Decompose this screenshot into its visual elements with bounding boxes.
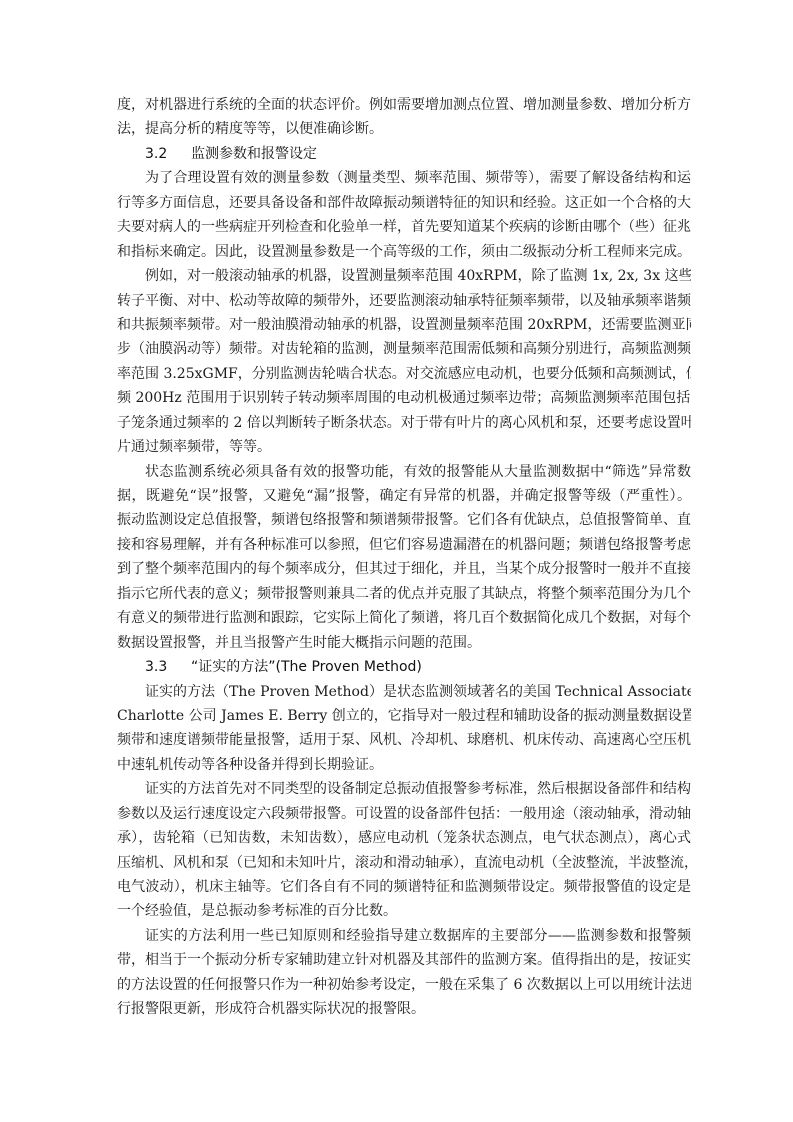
text-line: 夫要对病人的一些病症开列检查和化验单一样，首先要知道某个疾病的诊断由哪个（些）征… [117,215,691,239]
section-title: “证实的方法”(The Proven Method) [191,659,422,675]
text-line: 度，对机器进行系统的全面的状态评价。例如需要增加测点位置、增加测量参数、增加分析… [117,93,691,117]
text-line: 片通过频率频带，等等。 [117,435,691,459]
text-line: 频带和速度谱频带能量报警，适用于泵、风机、冷却机、球磨机、机床传动、高速离心空压… [117,728,691,752]
text-line: 率范围 3.25xGMF，分别监测齿轮啮合状态。对交流感应电动机，也要分低频和高… [117,362,691,386]
section-heading-3-2: 3.2监测参数和报警设定 [117,142,691,166]
text-line: 振动监测设定总值报警，频谱包络报警和频谱频带报警。它们各有优缺点，总值报警简单、… [117,508,691,532]
document-page: 度，对机器进行系统的全面的状态评价。例如需要增加测点位置、增加测量参数、增加分析… [0,0,793,1122]
document-body: 度，对机器进行系统的全面的状态评价。例如需要增加测点位置、增加测量参数、增加分析… [117,93,691,1022]
text-line: 接和容易理解，并有各种标准可以参照，但它们容易遗漏潜在的机器问题；频谱包络报警考… [117,533,691,557]
text-line: 有意义的频带进行监测和跟踪，它实际上简化了频谱，将几百个数据简化成几个数据，对每… [117,606,691,630]
paragraph-measurement-params: 为了合理设置有效的测量参数（测量类型、频率范围、频带等），需要了解设备结构和运 … [117,166,691,264]
text-line: 电气波动），机床主轴等。它们各自有不同的频谱特征和监测频带设定。频带报警值的设定… [117,875,691,899]
text-line: 参数以及运行速度设定六段频带报警。可设置的设备部件包括：一般用途（滚动轴承，滑动… [117,802,691,826]
text-line: 和共振频率频带。对一般油膜滑动轴承的机器，设置测量频率范围 20xRPM，还需要… [117,313,691,337]
text-line: 一个经验值，是总振动参考标准的百分比数。 [117,899,691,923]
text-line: 和指标来确定。因此，设置测量参数是一个高等级的工作，须由二级振动分析工程师来完成… [117,240,691,264]
text-line: Charlotte 公司 James E. Berry 创立的，它指导对一般过程… [117,704,691,728]
text-line: 的方法设置的任何报警只作为一种初始参考设定，一般在采集了 6 次数据以上可以用统… [117,973,691,997]
text-line: 法，提高分析的精度等等，以便准确诊断。 [117,117,691,141]
text-line: 指示它所代表的意义；频带报警则兼具二者的优点并克服了其缺点，将整个频率范围分为几… [117,582,691,606]
paragraph-alarm-function: 状态监测系统必须具备有效的报警功能，有效的报警能从大量监测数据中“筛选”异常数 … [117,460,691,656]
text-line: 承），齿轮箱（已知齿数，未知齿数），感应电动机（笼条状态测点，电气状态测点），离… [117,826,691,850]
text-line: 行等多方面信息，还要具备设备和部件故障振动频谱特征的知识和经验。这正如一个合格的… [117,191,691,215]
text-line: 数据设置报警，并且当报警产生时能大概指示问题的范围。 [117,631,691,655]
text-line: 证实的方法首先对不同类型的设备制定总振动值报警参考标准，然后根据设备部件和结构 [117,777,691,801]
text-line: 步（油膜涡动等）频带。对齿轮箱的监测，测量频率范围需低频和高频分别进行，高频监测… [117,337,691,361]
text-line: 证实的方法利用一些已知原则和经验指导建立数据库的主要部分——监测参数和报警频 [117,924,691,948]
text-line: 压缩机、风机和泵（已知和未知叶片，滚动和滑动轴承），直流电动机（全波整流，半波整… [117,851,691,875]
text-line: 据，既避免“误”报警，又避免“漏”报警，确定有异常的机器，并确定报警等级（严重性… [117,484,691,508]
text-line: 到了整个频率范围内的每个频率成分，但其过于细化，并且，当某个成分报警时一般并不直… [117,557,691,581]
paragraph-proven-method-bands: 证实的方法首先对不同类型的设备制定总振动值报警参考标准，然后根据设备部件和结构 … [117,777,691,924]
section-number: 3.2 [145,142,191,166]
text-line: 例如，对一般滚动轴承的机器，设置测量频率范围 40xRPM，除了监测 1x, 2… [117,264,691,288]
text-line: 行报警限更新，形成符合机器实际状况的报警限。 [117,997,691,1021]
section-title: 监测参数和报警设定 [191,146,317,162]
paragraph-example-bearings: 例如，对一般滚动轴承的机器，设置测量频率范围 40xRPM，除了监测 1x, 2… [117,264,691,460]
paragraph-intro-continuation: 度，对机器进行系统的全面的状态评价。例如需要增加测点位置、增加测量参数、增加分析… [117,93,691,142]
text-line: 证实的方法（The Proven Method）是状态监测领域著名的美国 Tec… [117,680,691,704]
text-line: 频 200Hz 范围用于识别转子转动频率周围的电动机极通过频率边带；高频监测频率… [117,386,691,410]
text-line: 转子平衡、对中、松动等故障的频带外，还要监测滚动轴承特征频率频带，以及轴承频率谐… [117,289,691,313]
section-heading-3-3: 3.3“证实的方法”(The Proven Method) [117,655,691,679]
text-line: 为了合理设置有效的测量参数（测量类型、频率范围、频带等），需要了解设备结构和运 [117,166,691,190]
text-line: 中速轧机传动等各种设备并得到长期验证。 [117,753,691,777]
text-line: 子笼条通过频率的 2 倍以判断转子断条状态。对于带有叶片的离心风机和泵，还要考虑… [117,411,691,435]
paragraph-proven-method-database: 证实的方法利用一些已知原则和经验指导建立数据库的主要部分——监测参数和报警频 带… [117,924,691,1022]
section-number: 3.3 [145,655,191,679]
text-line: 状态监测系统必须具备有效的报警功能，有效的报警能从大量监测数据中“筛选”异常数 [117,460,691,484]
paragraph-proven-method-intro: 证实的方法（The Proven Method）是状态监测领域著名的美国 Tec… [117,680,691,778]
text-line: 带，相当于一个振动分析专家辅助建立针对机器及其部件的监测方案。值得指出的是，按证… [117,948,691,972]
